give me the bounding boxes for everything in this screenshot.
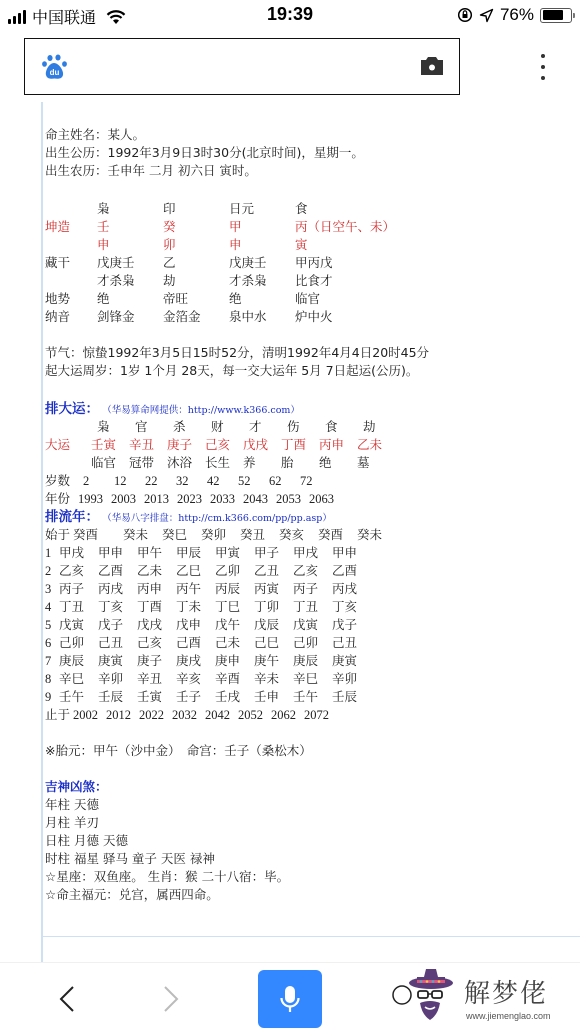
liunian-cell: 戊寅 xyxy=(293,616,332,634)
bazi-row-shishen: 才杀枭 劫 才杀枭 比食才 xyxy=(45,272,575,290)
liunian-cell: 乙丑 xyxy=(254,562,293,580)
shensha-line: 年柱 天德 xyxy=(45,796,575,814)
liunian-cell: 庚寅 xyxy=(98,652,137,670)
camera-icon[interactable] xyxy=(419,55,445,77)
liunian-cell: 戊申 xyxy=(176,616,215,634)
liunian-cell: 乙酉 xyxy=(98,562,137,580)
liunian-cell: 壬午 xyxy=(59,688,98,706)
liunian-cell: 己丑 xyxy=(98,634,137,652)
liunian-cell: 丁亥 xyxy=(332,598,371,616)
row-number: 6 xyxy=(45,634,59,652)
liunian-cell: 甲午 xyxy=(137,544,176,562)
dayun-title: 排大运： xyxy=(45,401,99,417)
watermark-mascot-icon xyxy=(390,965,466,1031)
liunian-table: 1甲戌甲申甲午甲辰甲寅甲子甲戌甲申2乙亥乙酉乙未乙巳乙卯乙丑乙亥乙酉3丙子丙戌丙… xyxy=(45,544,575,706)
shensha-line: 月柱 羊刃 xyxy=(45,814,575,832)
liunian-cell: 甲辰 xyxy=(176,544,215,562)
battery-icon xyxy=(540,8,572,23)
search-bar[interactable]: du xyxy=(24,38,460,95)
watermark-text: 解梦佬 xyxy=(464,973,548,1010)
liunian-cell: 壬寅 xyxy=(137,688,176,706)
bazi-row-kunzao: 坤造 壬 癸 甲 丙（日空午、未） xyxy=(45,218,575,236)
liunian-cell: 戊子 xyxy=(332,616,371,634)
liunian-row: 3丙子丙戌丙申丙午丙辰丙寅丙子丙戌 xyxy=(45,580,575,598)
liunian-cell: 戊午 xyxy=(215,616,254,634)
liunian-cell: 壬戌 xyxy=(215,688,254,706)
bazi-document: 命主姓名：某人。 出生公历：1992年3月9日3时30分(北京时间)，星期一。 … xyxy=(45,126,575,904)
qiyun-line: 起大运周岁：1岁 1个月 28天，每一交大运年 5月 7日起运(公历)。 xyxy=(45,362,575,380)
dayun-year-row: 年份 1993 2003 2013 2023 2033 2043 2053 20… xyxy=(45,490,575,508)
shensha-line: ☆星座：双鱼座。 生肖：猴 二十八宿：毕。 xyxy=(45,868,575,886)
divider xyxy=(41,936,580,937)
jieqi-line: 节气：惊蛰1992年3月5日15时52分，清明1992年4月4日20时45分 xyxy=(45,344,575,362)
liunian-end-row: 止于 2002 2012 2022 2032 2042 2052 2062 20… xyxy=(45,706,575,724)
liunian-title: 排流年： xyxy=(45,509,99,525)
liunian-row: 1甲戌甲申甲午甲辰甲寅甲子甲戌甲申 xyxy=(45,544,575,562)
liunian-cell: 庚寅 xyxy=(332,652,371,670)
liunian-cell: 乙亥 xyxy=(59,562,98,580)
svg-text:du: du xyxy=(50,68,60,77)
liunian-cell: 庚戌 xyxy=(176,652,215,670)
row-number: 1 xyxy=(45,544,59,562)
liunian-cell: 丙寅 xyxy=(254,580,293,598)
orientation-lock-icon xyxy=(457,7,473,23)
liunian-cell: 丙辰 xyxy=(215,580,254,598)
forward-icon[interactable] xyxy=(160,983,182,1015)
liunian-cell: 己巳 xyxy=(254,634,293,652)
liunian-row: 7庚辰庚寅庚子庚戌庚申庚午庚辰庚寅 xyxy=(45,652,575,670)
dayun-shishen-row: 枭 官 杀 财 才 伤 食 劫 xyxy=(45,418,575,436)
liunian-start-row: 始于 癸酉 癸未 癸巳 癸卯 癸丑 癸亥 癸酉 癸未 xyxy=(45,526,575,544)
row-number: 4 xyxy=(45,598,59,616)
liunian-cell: 己亥 xyxy=(137,634,176,652)
liunian-heading: 排流年：（华易八字排盘：http://cm.k366.com/pp/pp.asp… xyxy=(45,508,575,526)
liunian-cell: 壬辰 xyxy=(98,688,137,706)
bazi-row-nayin: 纳音 剑锋金 金箔金 泉中水 炉中火 xyxy=(45,308,575,326)
row-number: 2 xyxy=(45,562,59,580)
liunian-cell: 丁酉 xyxy=(137,598,176,616)
liunian-cell: 丁巳 xyxy=(215,598,254,616)
info-lunar-date: 出生农历：壬申年 二月 初六日 寅时。 xyxy=(45,162,575,180)
battery-percent: 76% xyxy=(500,5,534,25)
liunian-cell: 甲戌 xyxy=(59,544,98,562)
liunian-cell: 丙子 xyxy=(59,580,98,598)
bazi-row-canggan: 藏干 戊庚壬 乙 戊庚壬 甲丙戊 xyxy=(45,254,575,272)
liunian-cell: 己丑 xyxy=(332,634,371,652)
liunian-cell: 庚辰 xyxy=(293,652,332,670)
liunian-cell: 戊寅 xyxy=(59,616,98,634)
baidu-paw-icon[interactable]: du xyxy=(41,53,69,81)
liunian-cell: 庚子 xyxy=(137,652,176,670)
liunian-cell: 乙卯 xyxy=(215,562,254,580)
liunian-cell: 戊戌 xyxy=(137,616,176,634)
shensha-title: 吉神凶煞： xyxy=(45,778,575,796)
bazi-row-dishi: 地势 绝 帝旺 绝 临官 xyxy=(45,290,575,308)
liunian-cell: 庚辰 xyxy=(59,652,98,670)
liunian-cell: 丙子 xyxy=(293,580,332,598)
row-number: 8 xyxy=(45,670,59,688)
liunian-cell: 戊子 xyxy=(98,616,137,634)
liunian-cell: 甲戌 xyxy=(293,544,332,562)
row-number: 9 xyxy=(45,688,59,706)
liunian-cell: 丁卯 xyxy=(254,598,293,616)
liunian-cell: 甲寅 xyxy=(215,544,254,562)
liunian-cell: 己卯 xyxy=(293,634,332,652)
liunian-cell: 乙未 xyxy=(137,562,176,580)
status-bar: 中国联通 19:39 76% xyxy=(0,0,580,32)
liunian-cell: 庚午 xyxy=(254,652,293,670)
liunian-source-link[interactable]: （华易八字排盘：http://cm.k366.com/pp/pp.asp） xyxy=(107,513,332,524)
liunian-cell: 辛酉 xyxy=(215,670,254,688)
shensha-line: ☆命主福元：兑宫，属西四命。 xyxy=(45,886,575,904)
row-number: 7 xyxy=(45,652,59,670)
liunian-cell: 辛丑 xyxy=(137,670,176,688)
liunian-cell: 辛巳 xyxy=(59,670,98,688)
liunian-cell: 辛卯 xyxy=(332,670,371,688)
row-number: 5 xyxy=(45,616,59,634)
back-icon[interactable] xyxy=(56,983,78,1015)
dayun-ganzhi-row: 大运 壬寅 辛丑 庚子 己亥 戊戌 丁酉 丙申 乙未 xyxy=(45,436,575,454)
voice-search-button[interactable] xyxy=(258,970,322,1028)
bazi-header-row: 枭 印 日元 食 xyxy=(45,200,575,218)
bazi-row-branches: 申 卯 申 寅 xyxy=(45,236,575,254)
liunian-row: 5戊寅戊子戊戌戊申戊午戊辰戊寅戊子 xyxy=(45,616,575,634)
liunian-cell: 甲子 xyxy=(254,544,293,562)
shensha-line: 时柱 福星 驿马 童子 天医 禄神 xyxy=(45,850,575,868)
liunian-cell: 辛巳 xyxy=(293,670,332,688)
liunian-cell: 乙酉 xyxy=(332,562,371,580)
liunian-cell: 丙午 xyxy=(176,580,215,598)
shensha-list: 年柱 天德月柱 羊刃日柱 月德 天德时柱 福星 驿马 童子 天医 禄神☆星座：双… xyxy=(45,796,575,904)
liunian-cell: 己未 xyxy=(215,634,254,652)
location-icon xyxy=(479,8,494,23)
dayun-source-link[interactable]: （华易算命网提供：http://www.k366.com） xyxy=(107,405,300,416)
dayun-age-row: 岁数 2 12 22 32 42 52 62 72 xyxy=(45,472,575,490)
liunian-cell: 辛未 xyxy=(254,670,293,688)
info-name: 命主姓名：某人。 xyxy=(45,126,575,144)
liunian-row: 6己卯己丑己亥己酉己未己巳己卯己丑 xyxy=(45,634,575,652)
liunian-cell: 甲申 xyxy=(332,544,371,562)
row-number: 3 xyxy=(45,580,59,598)
liunian-row: 8辛巳辛卯辛丑辛亥辛酉辛未辛巳辛卯 xyxy=(45,670,575,688)
watermark: 解梦佬 www.jiemenglao.com xyxy=(390,965,570,1031)
liunian-cell: 丙申 xyxy=(137,580,176,598)
liunian-cell: 丙戌 xyxy=(332,580,371,598)
watermark-url: www.jiemenglao.com xyxy=(466,1011,551,1021)
shensha-line: 日柱 月德 天德 xyxy=(45,832,575,850)
liunian-cell: 丁丑 xyxy=(293,598,332,616)
liunian-cell: 辛卯 xyxy=(98,670,137,688)
dayun-heading: 排大运：（华易算命网提供：http://www.k366.com） xyxy=(45,400,575,418)
liunian-cell: 己酉 xyxy=(176,634,215,652)
liunian-cell: 壬辰 xyxy=(332,688,371,706)
more-vertical-icon[interactable] xyxy=(538,54,548,80)
info-solar-date: 出生公历：1992年3月9日3时30分(北京时间)，星期一。 xyxy=(45,144,575,162)
liunian-cell: 壬子 xyxy=(176,688,215,706)
liunian-cell: 戊辰 xyxy=(254,616,293,634)
liunian-row: 4丁丑丁亥丁酉丁未丁巳丁卯丁丑丁亥 xyxy=(45,598,575,616)
liunian-cell: 丁丑 xyxy=(59,598,98,616)
liunian-row: 9壬午壬辰壬寅壬子壬戌壬申壬午壬辰 xyxy=(45,688,575,706)
liunian-cell: 甲申 xyxy=(98,544,137,562)
liunian-cell: 己卯 xyxy=(59,634,98,652)
liunian-cell: 乙巳 xyxy=(176,562,215,580)
liunian-cell: 壬午 xyxy=(293,688,332,706)
dayun-dishi-row: 临官 冠带 沐浴 长生 养 胎 绝 墓 xyxy=(45,454,575,472)
liunian-cell: 丁亥 xyxy=(98,598,137,616)
liunian-cell: 丁未 xyxy=(176,598,215,616)
liunian-cell: 辛亥 xyxy=(176,670,215,688)
taiyuan-minggong: ※胎元：甲午（沙中金） 命宫：壬子（桑松木） xyxy=(45,742,575,760)
liunian-row: 2乙亥乙酉乙未乙巳乙卯乙丑乙亥乙酉 xyxy=(45,562,575,580)
microphone-icon xyxy=(279,984,301,1014)
liunian-cell: 壬申 xyxy=(254,688,293,706)
liunian-cell: 庚申 xyxy=(215,652,254,670)
liunian-cell: 乙亥 xyxy=(293,562,332,580)
bottom-toolbar: 解梦佬 www.jiemenglao.com xyxy=(0,962,580,1031)
liunian-cell: 丙戌 xyxy=(98,580,137,598)
